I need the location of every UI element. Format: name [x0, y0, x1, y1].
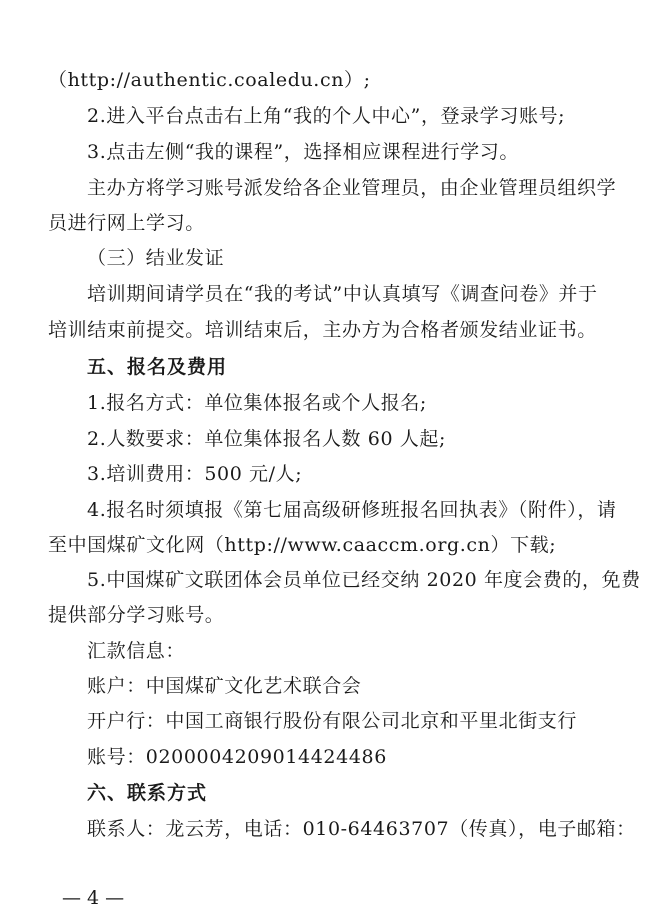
heading-registration-fees: 五、报名及费用	[87, 352, 647, 382]
registration-form-line-cont: 至中国煤矿文化网（http://www.caaccm.org.cn）下载;	[48, 530, 608, 560]
registration-method-line: 1.报名方式：单位集体报名或个人报名;	[87, 388, 647, 418]
page-number: — 4 —	[62, 883, 124, 913]
heading-contact: 六、联系方式	[87, 778, 647, 808]
member-free-accounts-line-cont: 提供部分学习账号。	[48, 600, 608, 630]
headcount-requirement-line: 2.人数要求：单位集体报名人数 60 人起;	[87, 424, 647, 454]
document-page: （http://authentic.coaledu.cn）; 2.进入平台点击右…	[0, 0, 650, 921]
paragraph-survey: 培训期间请学员在“我的考试”中认真填写《调查问卷》并于	[87, 279, 647, 309]
training-fee-line: 3.培训费用：500 元/人;	[87, 459, 647, 489]
account-number-line: 账号：0200004209014424486	[87, 742, 647, 772]
subheading-certificate: （三）结业发证	[87, 243, 647, 273]
registration-form-line: 4.报名时须填报《第七届高级研修班报名回执表》（附件），请	[87, 495, 647, 525]
remittance-info-label: 汇款信息：	[87, 636, 647, 666]
member-free-accounts-line: 5.中国煤矿文联团体会员单位已经交纳 2020 年度会费的，免费	[87, 565, 647, 595]
paragraph-account-distribution-cont: 员进行网上学习。	[48, 208, 608, 238]
contact-person-line: 联系人：龙云芳，电话：010-64463707（传真），电子邮箱：	[87, 814, 647, 844]
step-2-line: 2.进入平台点击右上角“我的个人中心”，登录学习账号;	[87, 101, 647, 131]
paragraph-account-distribution: 主办方将学习账号派发给各企业管理员，由企业管理员组织学	[87, 173, 647, 203]
url-authentic-line: （http://authentic.coaledu.cn）;	[48, 65, 608, 95]
account-name-line: 账户：中国煤矿文化艺术联合会	[87, 671, 647, 701]
step-3-line: 3.点击左侧“我的课程”，选择相应课程进行学习。	[87, 137, 647, 167]
paragraph-survey-cont: 培训结束前提交。培训结束后，主办方为合格者颁发结业证书。	[48, 315, 608, 345]
bank-branch-line: 开户行：中国工商银行股份有限公司北京和平里北街支行	[87, 706, 647, 736]
